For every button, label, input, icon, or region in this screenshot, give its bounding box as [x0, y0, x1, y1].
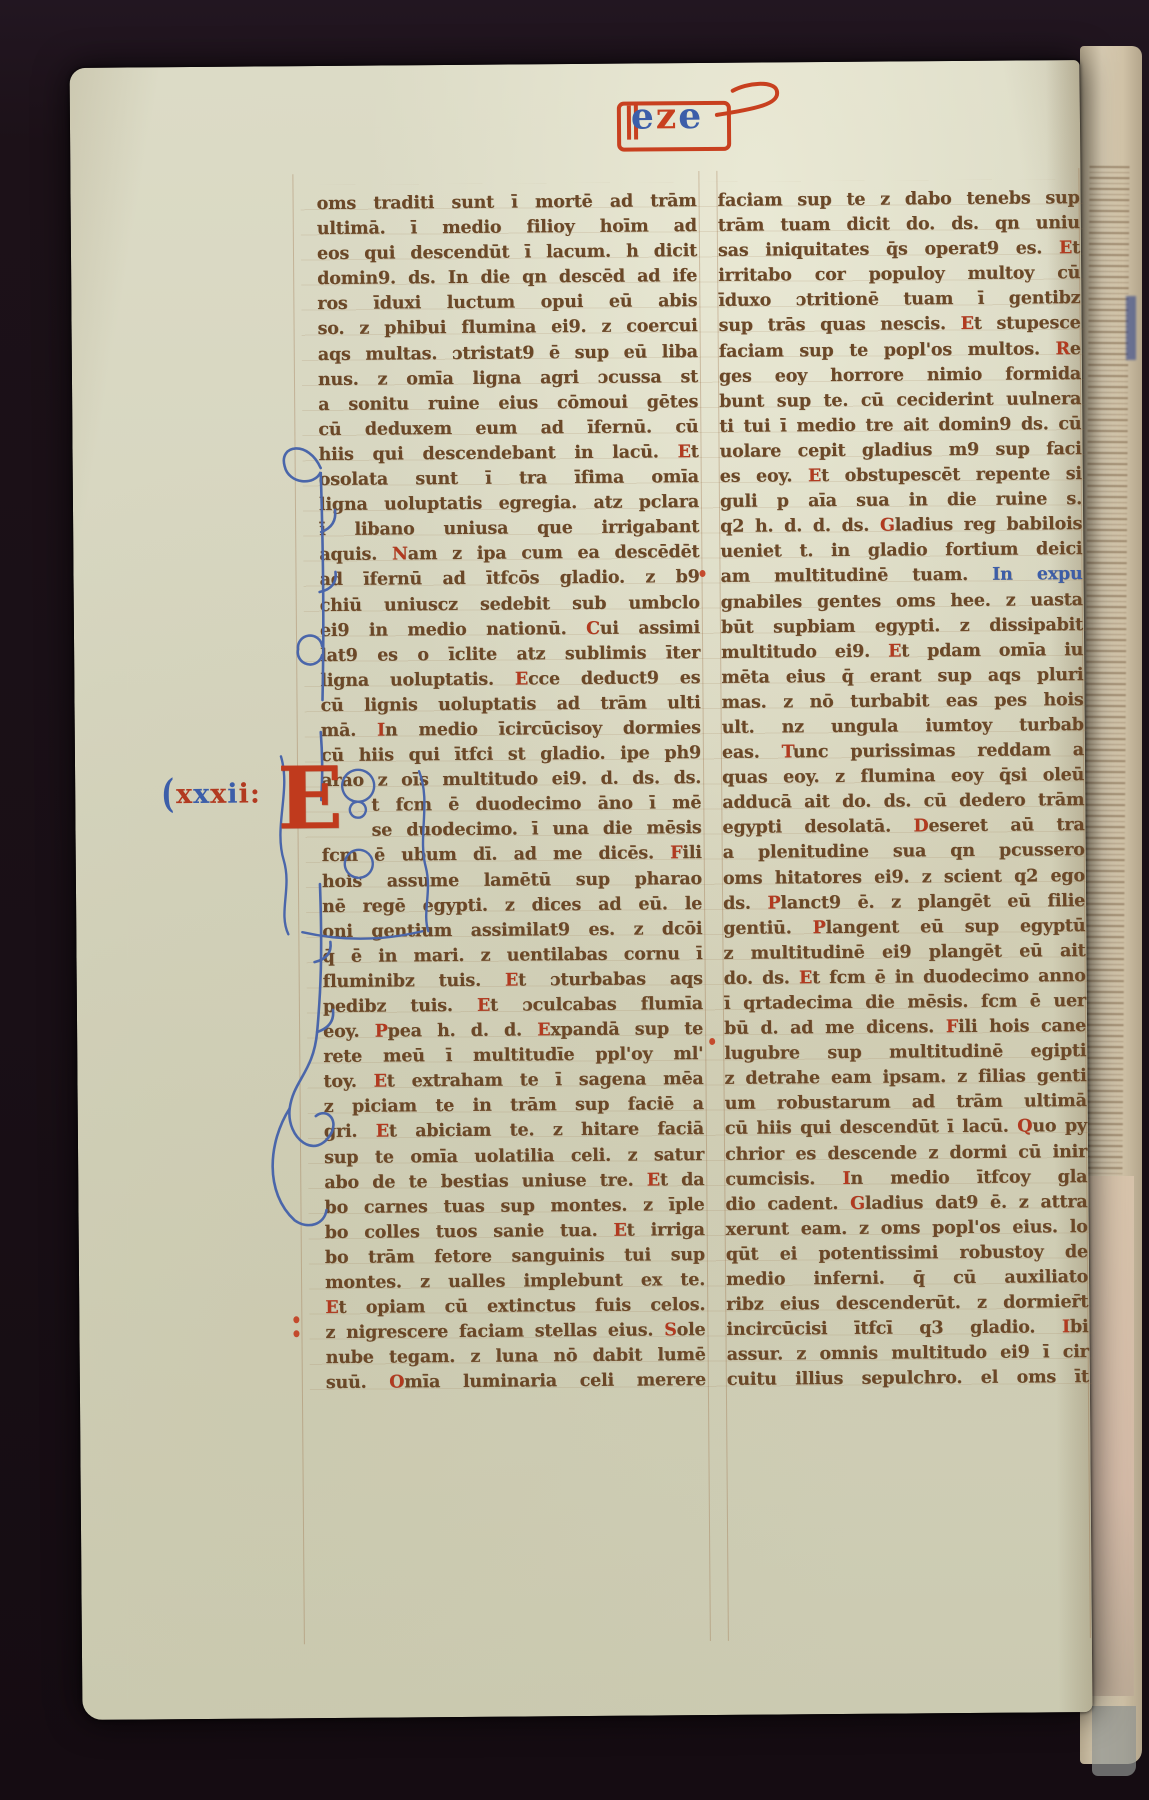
- text-line: a plenitudine sua qn pcussero: [723, 838, 1085, 866]
- text-line: toy. Et extraham te ī sagena mēa: [323, 1067, 703, 1095]
- text-line: lat9 es o īclite atz sublimis īter: [320, 641, 700, 669]
- text-line: sup te omīa uolatilia celi. z satur: [324, 1143, 704, 1171]
- text-line: quas eoy. z flumina eoy q̄si oleū: [722, 763, 1084, 791]
- text-line: trām tuam dicit do. ds. qn uniu: [718, 211, 1080, 239]
- text-line: nē regē egypti. z dices ad eū. le: [322, 892, 702, 920]
- text-line: do. ds. Et fcm ē in duodecimo anno: [724, 964, 1086, 992]
- text-line: multitudo ei9. Et pdam omīa iu: [721, 638, 1083, 666]
- running-title-letters: eze: [631, 95, 704, 138]
- text-line: chiū uniuscz sedebit sub umbclo: [320, 591, 700, 619]
- text-line: ad īfernū ad ītfcōs gladio. z b9: [319, 565, 699, 593]
- colored-letter: e: [631, 95, 656, 137]
- text-line: cuitu illius sepulchro. el oms īt: [727, 1365, 1089, 1393]
- text-line: eos qui descendūt ī lacum. h dicit: [317, 239, 697, 267]
- text-line: ligna uoluptatis. Ecce deduct9 es: [320, 666, 700, 694]
- text-line: būt supbiam egypti. z dissipabit: [721, 613, 1083, 641]
- text-line: pedibz tuis. Et ɔculcabas flumīa: [323, 992, 703, 1020]
- text-line: cū hiis qui descendūt ī lacū. Quo py: [725, 1115, 1087, 1143]
- text-line: uolare cepit gladius m9 sup faci: [719, 437, 1081, 465]
- text-line: oms traditi sunt ī mortē ad trām: [317, 189, 697, 217]
- text-line: guli p aīa sua in die ruine s.: [720, 487, 1082, 515]
- chapter-initial-E: E: [277, 756, 343, 843]
- text-column-right: faciam sup te z dabo tenebs suptrām tuam…: [717, 186, 1088, 1393]
- text-line: lugubre sup multitudinē egipti: [724, 1039, 1086, 1067]
- text-line: faciam sup te z dabo tenebs sup: [717, 186, 1079, 214]
- text-line: gnabiles gentes oms hee. z uasta: [721, 588, 1083, 616]
- text-line: oms hitatores ei9. z scient q2 ego: [723, 864, 1085, 892]
- text-line: mēta eius q̄ erant sup aqs pluri: [721, 663, 1083, 691]
- colored-letter: e: [678, 95, 703, 137]
- text-line: q2 h. d. d. ds. Gladius reg babilois: [720, 512, 1082, 540]
- colored-letter: i: [227, 779, 239, 810]
- text-line: osolata sunt ī tra īfima omīa: [319, 465, 699, 493]
- text-line: ros īduxi luctum opui eū abis: [317, 289, 697, 317]
- text-line: so. z phibui flumina ei9. z coercui: [317, 315, 697, 343]
- text-line: bo carnes tuas sup montes. z īple: [324, 1193, 704, 1221]
- text-line: t fcm ē duodecimo āno ī mē: [321, 791, 701, 819]
- colored-letter: x: [176, 779, 193, 810]
- manuscript-photograph: eze oms traditi sunt ī mortē ad trāmulti…: [0, 0, 1149, 1800]
- text-line: fluminibz tuis. Et ɔturbabas aqs: [323, 967, 703, 995]
- text-line: assur. z omnis multitudo ei9 ī cir: [727, 1340, 1089, 1368]
- text-line: se duodecimo. ī una die mēsis: [321, 816, 701, 844]
- text-line: chrior es descende z dormi cū inir: [725, 1140, 1087, 1168]
- text-line: hiis qui descendebant in lacū. Et: [318, 440, 698, 468]
- text-line: nus. z omīa ligna agri ɔcussa st: [318, 365, 698, 393]
- colored-letter: i: [238, 779, 250, 810]
- text-line: sup trās quas nescis. Et stupesce: [718, 312, 1080, 340]
- text-line: fcm ē ubum dī. ad me dicēs. Fili: [322, 841, 702, 869]
- text-line: egypti desolatā. Deseret aū tra: [722, 813, 1084, 841]
- text-line: qūt ei potentissimi robustoy de: [726, 1240, 1088, 1268]
- text-line: cū deduxem eum ad īfernū. cū: [318, 415, 698, 443]
- fore-edge-corner: [1092, 1706, 1136, 1776]
- text-line: bū d. ad me dicens. Fili hois cane: [724, 1014, 1086, 1042]
- text-line: abo de te bestias uniuse tre. Et da: [324, 1168, 704, 1196]
- text-line: aqs multas. ɔtristat9 ē sup eū liba: [318, 340, 698, 368]
- colored-letter: x: [193, 779, 210, 810]
- text-line: ueniet t. in gladio fortium deici: [720, 537, 1082, 565]
- text-line: montes. z ualles implebunt ex te.: [325, 1268, 705, 1296]
- text-line: rete meū ī multitudīe ppl'oy ml': [323, 1042, 703, 1070]
- text-line: ribz eius descenderūt. z dormier̄t: [726, 1290, 1088, 1318]
- verse-mark-dot: [699, 570, 705, 577]
- chapter-number-letters: xxxii:: [176, 779, 261, 811]
- text-line: ligna uoluptatis egregia. atz pclara: [319, 490, 699, 518]
- verse-mark-dot: [293, 1330, 299, 1337]
- text-line: irritabo cor populoy multoy cū: [718, 261, 1080, 289]
- text-line: bunt sup te. cū ceciderint uulnera: [719, 387, 1081, 415]
- text-column-left: oms traditi sunt ī mortē ad trāmultimā. …: [317, 189, 706, 1396]
- text-line: mā. In medio īcircūcisoy dormies: [321, 716, 701, 744]
- next-leaf-text-ghost: [1082, 166, 1129, 1176]
- text-line: cū hiis qui ītfci st gladio. ipe ph9: [321, 741, 701, 769]
- running-title: eze: [607, 88, 778, 159]
- text-line: z piciam te in trām sup faciē a: [324, 1092, 704, 1120]
- text-line: xerunt eam. z oms popl'os eius. lo: [726, 1215, 1088, 1243]
- colored-letter: :: [250, 779, 261, 810]
- text-line: īduxo ɔtritionē tuam ī gentibz: [718, 286, 1080, 314]
- manuscript-page: eze oms traditi sunt ī mortē ad trāmulti…: [70, 60, 1093, 1720]
- next-leaf-blue-initial: [1126, 296, 1136, 360]
- text-line: gentiū. Plangent eū sup egyptū: [723, 914, 1085, 942]
- text-line: ī libano uniusa que irrigabant: [319, 515, 699, 543]
- text-line: eoy. Ppea h. d. d. Expandā sup te: [323, 1017, 703, 1045]
- text-line: adducā ait do. ds. cū dedero trām: [722, 788, 1084, 816]
- text-line: um robustarum ad trām ultimā: [725, 1089, 1087, 1117]
- text-line: domin9. ds. In die qn descēd ad ife: [317, 264, 697, 292]
- text-line: a sonitu ruine eius cōmoui gētes: [318, 390, 698, 418]
- text-line: oni gentium assimilat9 es. z dcōi: [322, 917, 702, 945]
- text-line: am multitudinē tuam. In expu: [720, 562, 1082, 590]
- text-line: z nigrescere faciam stellas eius. Sole: [325, 1318, 705, 1346]
- text-line: faciam sup te popl'os multos. Re: [719, 337, 1081, 365]
- text-line: aquis. Nam z ipa cum ea descēdēt: [319, 540, 699, 568]
- text-line: eas. Tunc purissimas reddam a: [722, 738, 1084, 766]
- text-line: bo trām fetore sanguinis tui sup: [325, 1243, 705, 1271]
- text-line: ei9 in medio nationū. Cui assimi: [320, 616, 700, 644]
- text-line: cumcisis. In medio ītfcoy gla: [725, 1165, 1087, 1193]
- text-line: ges eoy horrore nimio formida: [719, 362, 1081, 390]
- text-line: ti tui ī medio tre ait domin9 ds. cū: [719, 412, 1081, 440]
- text-line: Et opiam cū extinctus fuis celos.: [325, 1293, 705, 1321]
- text-line: q̄ ē in mari. z uentilabas cornu ī: [322, 942, 702, 970]
- ruling-vertical-left: [292, 174, 305, 1644]
- text-line: medio inferni. q̄ cū auxiliato: [726, 1265, 1088, 1293]
- text-line: dio cadent. Gladius dat9 ē. z attra: [725, 1190, 1087, 1218]
- verse-mark-dot: [709, 1038, 715, 1045]
- colored-letter: z: [656, 95, 679, 137]
- text-line: gri. Et abiciam te. z hitare faciā: [324, 1118, 704, 1146]
- text-line: mas. z nō turbabit eas pes hois: [721, 688, 1083, 716]
- text-line: nube tegam. z luna nō dabit lumē: [326, 1343, 706, 1371]
- text-line: z multitudinē ei9 plangēt eū ait: [723, 939, 1085, 967]
- text-line: incircūcisi ītfcī q3 gladio. Ibi: [726, 1315, 1088, 1343]
- chapter-number-paraph: (: [161, 772, 175, 817]
- text-line: hois assume lamētū sup pharao: [322, 867, 702, 895]
- text-line: ī qrtadecima die mēsis. fcm ē uer: [724, 989, 1086, 1017]
- text-line: suū. Omīa luminaria celi merere: [326, 1368, 706, 1396]
- text-line: sas iniquitates q̄s operat9 es. Et: [718, 236, 1080, 264]
- text-line: es eoy. Et obstupescēt repente si: [720, 462, 1082, 490]
- text-line: ultimā. ī medio filioy hoīm ad: [317, 214, 697, 242]
- text-line: cū lignis uoluptatis ad trām ulti: [320, 691, 700, 719]
- text-line: z detrahe eam ipsam. z filias genti: [724, 1064, 1086, 1092]
- text-line: ult. nz ungula iumtoy turbab: [722, 713, 1084, 741]
- text-line: bo colles tuos sanie tua. Et irriga: [325, 1218, 705, 1246]
- chapter-number: (xxxii:: [161, 779, 261, 811]
- colored-letter: x: [210, 779, 227, 810]
- text-line: ds. Planct9 ē. z plangēt eū filie: [723, 889, 1085, 917]
- verse-mark-dot: [293, 1316, 299, 1323]
- text-line: arao z oīs multitudo ei9. d. ds. ds.: [321, 766, 701, 794]
